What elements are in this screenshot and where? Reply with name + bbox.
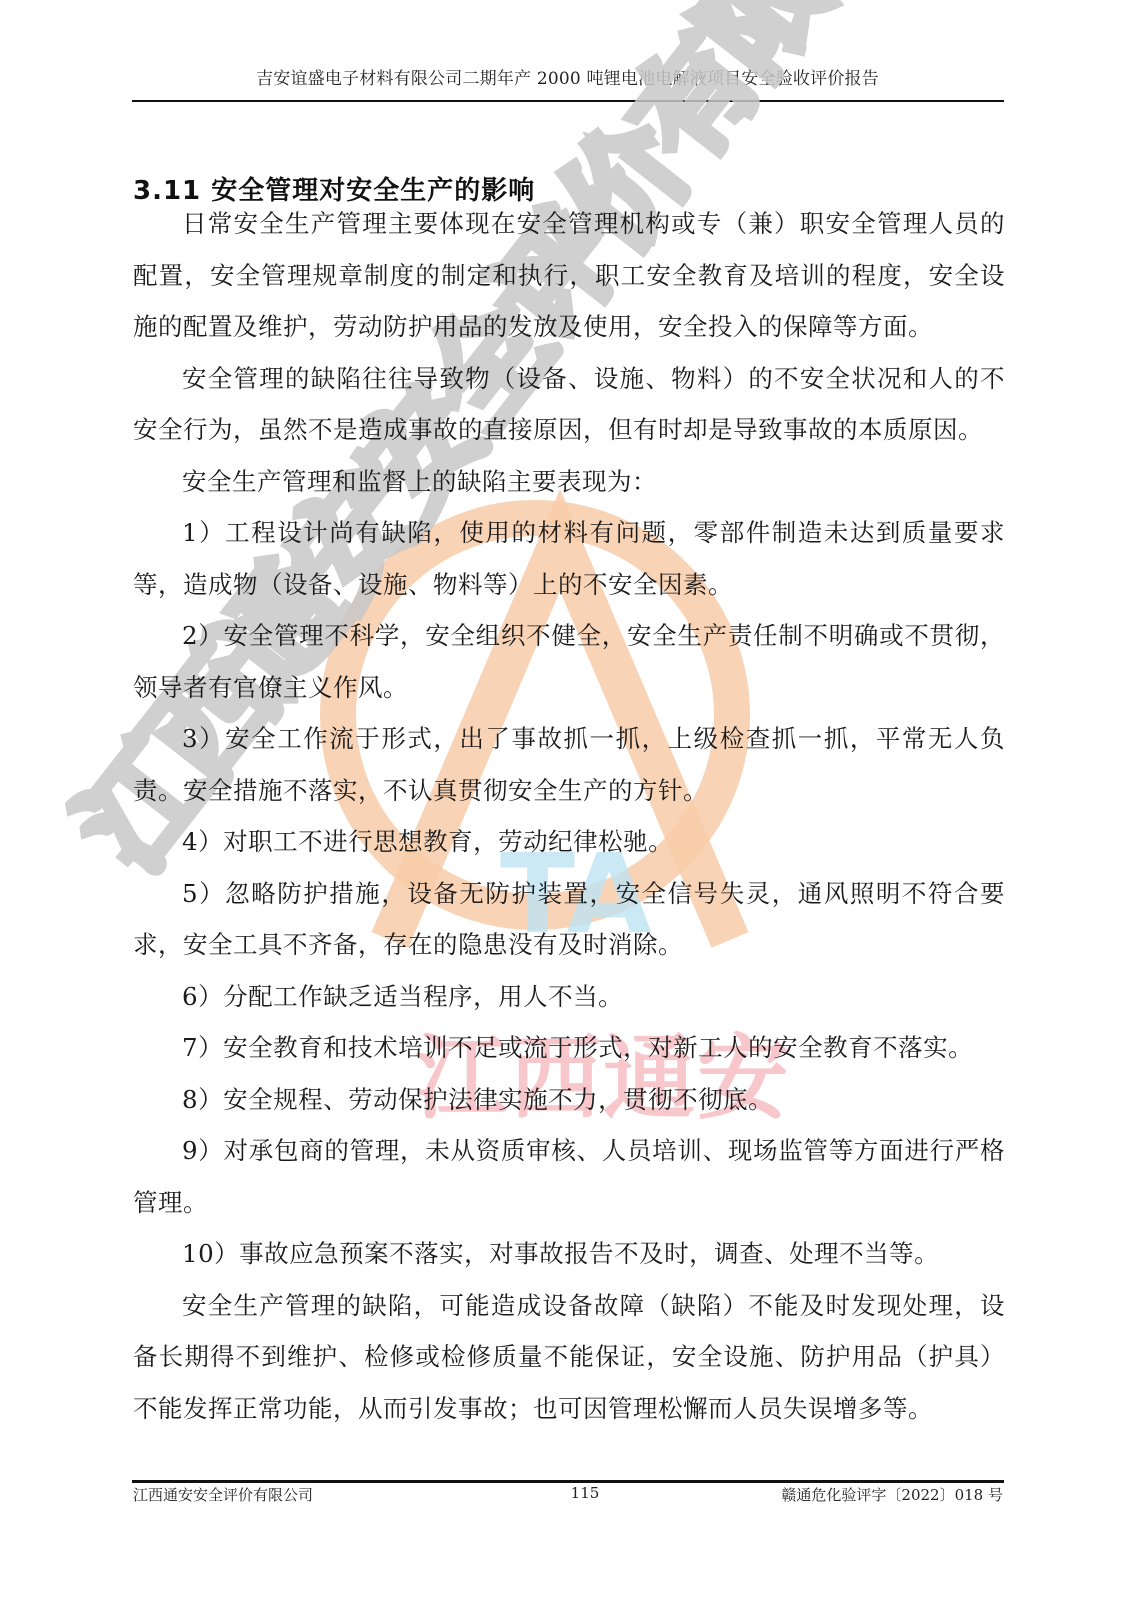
page-number: 115 [560, 1484, 610, 1502]
list-item: 10）事故应急预案不落实，对事故报告不及时，调查、处理不当等。 [133, 1228, 1005, 1280]
running-header-title: 吉安谊盛电子材料有限公司二期年产 2000 吨锂电池电解液项目安全验收评价报告 [132, 64, 1003, 89]
paragraph: 安全管理的缺陷往往导致物（设备、设施、物料）的不安全状况和人的不安全行为，虽然不… [133, 353, 1005, 456]
list-item: 8）安全规程、劳动保护法律实施不力，贯彻不彻底。 [133, 1074, 1005, 1126]
list-item: 7）安全教育和技术培训不足或流于形式，对新工人的安全教育不落实。 [133, 1022, 1005, 1074]
list-item: 1）工程设计尚有缺陷，使用的材料有问题，零部件制造未达到质量要求等，造成物（设备… [133, 507, 1005, 610]
paragraph: 日常安全生产管理主要体现在安全管理机构或专（兼）职安全管理人员的配置，安全管理规… [133, 198, 1005, 353]
header-divider [132, 100, 1004, 102]
list-item: 2）安全管理不科学，安全组织不健全，安全生产责任制不明确或不贯彻，领导者有官僚主… [133, 610, 1005, 713]
footer-divider [132, 1480, 1004, 1483]
list-item: 5）忽略防护措施，设备无防护装置，安全信号失灵，通风照明不符合要求，安全工具不齐… [133, 868, 1005, 971]
section-body: 日常安全生产管理主要体现在安全管理机构或专（兼）职安全管理人员的配置，安全管理规… [133, 198, 1005, 1434]
list-item: 6）分配工作缺乏适当程序，用人不当。 [133, 971, 1005, 1023]
footer-company: 江西通安安全评价有限公司 [133, 1484, 313, 1505]
paragraph: 安全生产管理和监督上的缺陷主要表现为： [133, 456, 1005, 508]
list-item: 4）对职工不进行思想教育，劳动纪律松驰。 [133, 816, 1005, 868]
document-page: 吉安谊盛电子材料有限公司二期年产 2000 吨锂电池电解液项目安全验收评价报告 … [0, 0, 1131, 1600]
list-item: 3）安全工作流于形式，出了事故抓一抓，上级检查抓一抓，平常无人负责。安全措施不落… [133, 713, 1005, 816]
paragraph: 安全生产管理的缺陷，可能造成设备故障（缺陷）不能及时发现处理，设备长期得不到维护… [133, 1280, 1005, 1435]
list-item: 9）对承包商的管理，未从资质审核、人员培训、现场监管等方面进行严格管理。 [133, 1125, 1005, 1228]
footer-document-code: 赣通危化验评字〔2022〕018 号 [781, 1484, 1003, 1505]
